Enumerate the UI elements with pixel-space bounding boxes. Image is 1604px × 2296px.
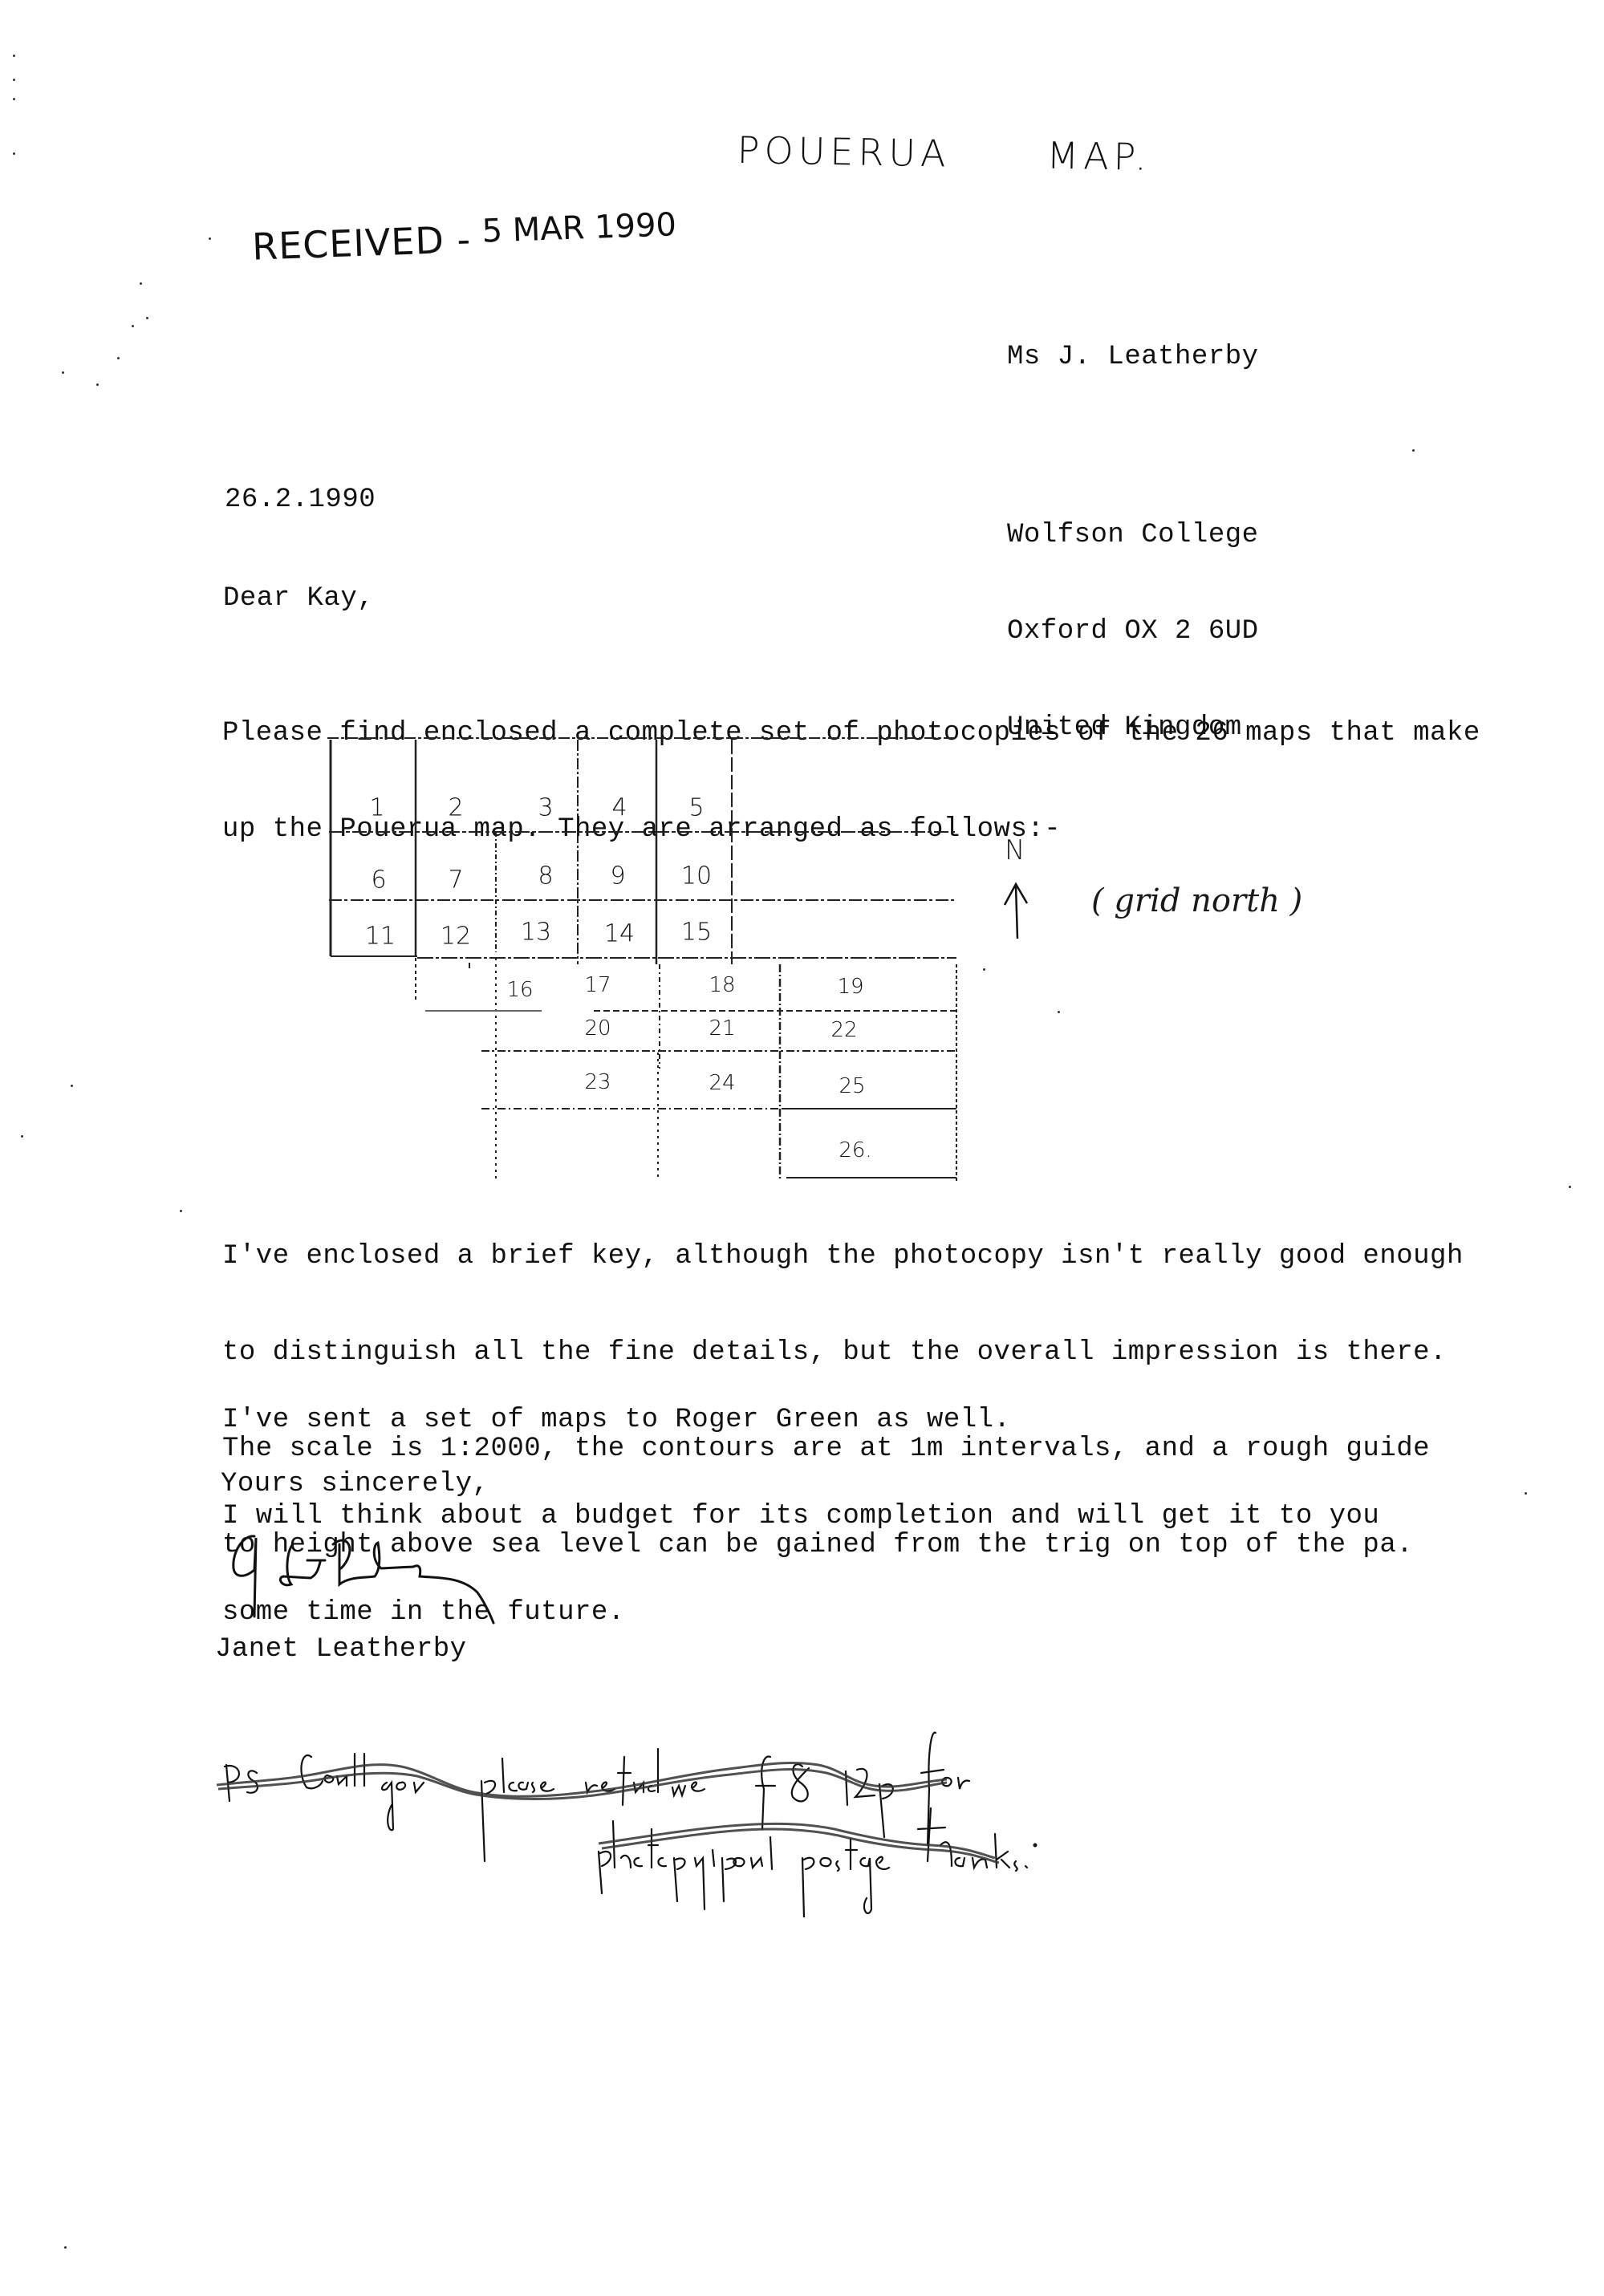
scan-speck (13, 98, 15, 100)
map-sheet-17: 17 (584, 973, 611, 997)
salutation: Dear Kay, (223, 582, 374, 615)
scan-speck (21, 1135, 23, 1138)
map-sheet-15: 15 (681, 919, 712, 947)
map-sheet-22: 22 (830, 1018, 857, 1042)
scan-speck (117, 357, 120, 359)
map-sheet-7: 7 (448, 866, 463, 894)
north-arrow-icon (995, 858, 1043, 955)
paragraph-line: I will think about a budget for its comp… (222, 1500, 1379, 1532)
signer-name: Janet Leatherby (215, 1633, 467, 1665)
stamp-date: 5 MAR 1990 (481, 206, 677, 249)
map-sheet-10: 10 (681, 862, 712, 890)
scan-speck (62, 371, 64, 374)
grid-lines (321, 732, 979, 1181)
title-word-2: MAP. (1046, 134, 1151, 179)
map-sheet-5: 5 (688, 794, 704, 822)
stamp-label: RECEIVED - (251, 217, 472, 268)
map-sheet-24: 24 (709, 1071, 735, 1095)
paragraph-line: I've enclosed a brief key, although the … (222, 1240, 1464, 1272)
letter-date: 26.2.1990 (225, 484, 376, 516)
map-sheet-13: 13 (521, 919, 551, 947)
map-sheet-1: 1 (369, 794, 384, 822)
scan-speck (180, 1210, 182, 1212)
scan-speck (132, 325, 134, 327)
scan-speck (13, 55, 15, 57)
scan-speck (983, 968, 985, 971)
scan-speck (71, 1085, 73, 1087)
map-sheet-20: 20 (584, 1016, 611, 1041)
map-sheet-4: 4 (611, 794, 627, 822)
handwritten-title: POUERUAMAP. (704, 84, 1152, 179)
scan-speck (13, 79, 15, 81)
address-line: Oxford OX 2 6UD (1007, 615, 1259, 647)
map-sheet-grid: 1 2 3 4 5 6 7 8 9 10 11 12 13 14 15 16 1… (321, 732, 979, 1181)
scan-speck (146, 317, 148, 319)
address-line: Wolfson College (1007, 519, 1259, 551)
scan-speck (96, 383, 99, 386)
map-sheet-25: 25 (839, 1074, 865, 1098)
map-sheet-11: 11 (365, 923, 396, 951)
scan-speck (1525, 1492, 1527, 1495)
map-sheet-3: 3 (538, 794, 553, 822)
scan-speck (13, 152, 15, 155)
sender-name: Ms J. Leatherby (1007, 341, 1259, 373)
map-sheet-18: 18 (709, 973, 735, 997)
map-sheet-9: 9 (610, 862, 625, 890)
north-note: ( grid north ) (1091, 882, 1302, 919)
map-sheet-23: 23 (584, 1070, 611, 1094)
received-stamp: RECEIVED -5 MAR 1990 (242, 195, 677, 269)
map-sheet-14: 14 (604, 920, 635, 948)
scan-speck (1058, 1011, 1060, 1013)
paragraph-line: I've sent a set of maps to Roger Green a… (222, 1404, 1379, 1436)
map-sheet-12: 12 (441, 923, 471, 951)
signature (221, 1528, 510, 1649)
map-sheet-8: 8 (538, 862, 553, 890)
scan-speck (140, 282, 142, 285)
scan-speck (209, 237, 211, 240)
scan-speck (1412, 449, 1415, 452)
north-arrow-annotation: N ( grid north ) (995, 834, 1332, 963)
map-sheet-6: 6 (371, 866, 386, 894)
map-sheet-19: 19 (837, 975, 863, 999)
postscript-struck: P.S. Could you please refund me £8.12p f… (209, 1709, 1492, 1917)
scan-speck (64, 2246, 67, 2249)
map-sheet-16: 16 (506, 978, 533, 1002)
closing: Yours sincerely, (221, 1468, 489, 1500)
title-word-1: POUERUA (737, 128, 951, 176)
scan-speck (1569, 1186, 1571, 1188)
map-sheet-21: 21 (709, 1016, 735, 1041)
map-sheet-2: 2 (448, 794, 463, 822)
map-sheet-26: 26. (839, 1138, 871, 1162)
